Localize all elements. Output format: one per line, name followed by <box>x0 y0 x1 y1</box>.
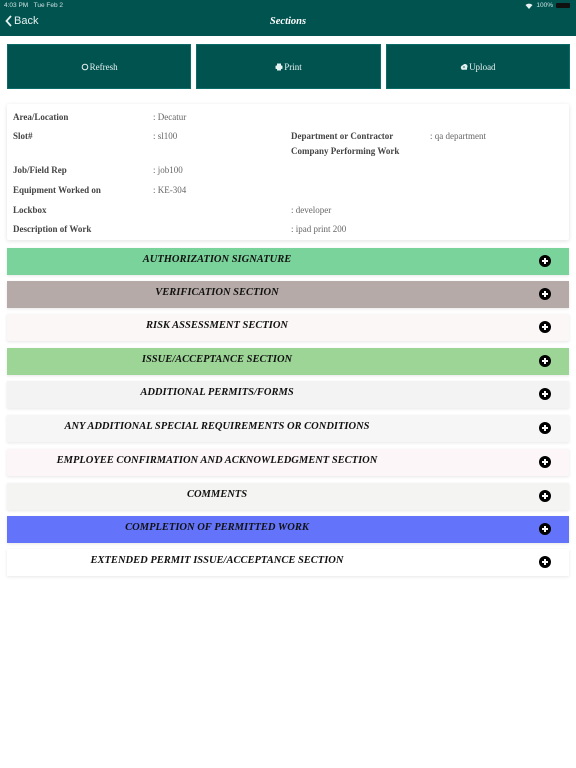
refresh-label: Refresh <box>90 62 118 72</box>
expand-plus-icon[interactable] <box>539 523 551 535</box>
equipment-value: : KE-304 <box>153 185 186 195</box>
expand-plus-icon[interactable] <box>539 355 551 367</box>
section-row[interactable]: VERIFICATION SECTION <box>7 281 569 308</box>
area-location-value: : Decatur <box>153 112 186 122</box>
section-title: COMMENTS <box>7 489 427 500</box>
equipment-label: Equipment Worked on <box>13 185 101 195</box>
section-title: RISK ASSESSMENT SECTION <box>7 320 427 331</box>
section-row[interactable]: COMPLETION OF PERMITTED WORK <box>7 516 569 543</box>
section-row[interactable]: ANY ADDITIONAL SPECIAL REQUIREMENTS OR C… <box>7 415 569 442</box>
expand-plus-icon[interactable] <box>539 456 551 468</box>
expand-plus-icon[interactable] <box>539 422 551 434</box>
section-row[interactable]: EXTENDED PERMIT ISSUE/ACCEPTANCE SECTION <box>7 549 569 576</box>
department-label-line2: Company Performing Work <box>291 146 399 156</box>
expand-plus-icon[interactable] <box>539 288 551 300</box>
section-title: ISSUE/ACCEPTANCE SECTION <box>7 354 427 365</box>
battery-percent: 100% <box>536 2 553 9</box>
area-location-label: Area/Location <box>13 112 68 122</box>
section-title: AUTHORIZATION SIGNATURE <box>7 254 427 265</box>
section-title: EMPLOYEE CONFIRMATION AND ACKNOWLEDGMENT… <box>7 455 427 466</box>
top-bar: 4:03 PM Tue Feb 2 100% Back Sections <box>0 0 576 36</box>
print-button[interactable]: Print <box>196 44 380 89</box>
cloud-upload-icon <box>460 63 468 71</box>
slot-value: : sl100 <box>153 131 177 141</box>
section-row[interactable]: RISK ASSESSMENT SECTION <box>7 314 569 341</box>
print-label: Print <box>284 62 302 72</box>
expand-plus-icon[interactable] <box>539 388 551 400</box>
department-value: : qa department <box>430 131 486 141</box>
description-value: : ipad print 200 <box>291 224 346 234</box>
section-title: EXTENDED PERMIT ISSUE/ACCEPTANCE SECTION <box>7 555 427 566</box>
lockbox-label: Lockbox <box>13 205 47 215</box>
lockbox-value: : developer <box>291 205 331 215</box>
section-title: ADDITIONAL PERMITS/FORMS <box>7 387 427 398</box>
refresh-button[interactable]: Refresh <box>7 44 191 89</box>
nav-bar: Back Sections <box>0 11 576 36</box>
section-row[interactable]: COMMENTS <box>7 483 569 510</box>
section-title: COMPLETION OF PERMITTED WORK <box>7 522 427 533</box>
upload-button[interactable]: Upload <box>386 44 570 89</box>
section-row[interactable]: ISSUE/ACCEPTANCE SECTION <box>7 348 569 375</box>
print-icon <box>275 63 283 71</box>
action-bar: Refresh Print Upload <box>7 44 570 89</box>
department-label-line1: Department or Contractor <box>291 131 393 141</box>
wifi-icon <box>525 3 533 9</box>
upload-label: Upload <box>469 62 496 72</box>
job-field-rep-value: : job100 <box>153 165 183 175</box>
status-bar: 4:03 PM Tue Feb 2 100% <box>0 0 576 11</box>
page-title: Sections <box>0 16 576 27</box>
section-row[interactable]: AUTHORIZATION SIGNATURE <box>7 248 569 275</box>
description-label: Description of Work <box>13 224 91 234</box>
expand-plus-icon[interactable] <box>539 556 551 568</box>
expand-plus-icon[interactable] <box>539 321 551 333</box>
expand-plus-icon[interactable] <box>539 490 551 502</box>
status-time: 4:03 PM Tue Feb 2 <box>4 2 63 9</box>
slot-label: Slot# <box>13 131 33 141</box>
permit-info-card: Area/Location : Decatur Slot# : sl100 De… <box>7 104 569 240</box>
section-title: ANY ADDITIONAL SPECIAL REQUIREMENTS OR C… <box>7 421 427 432</box>
expand-plus-icon[interactable] <box>539 255 551 267</box>
section-row[interactable]: ADDITIONAL PERMITS/FORMS <box>7 381 569 408</box>
job-field-rep-label: Job/Field Rep <box>13 165 67 175</box>
section-title: VERIFICATION SECTION <box>7 287 427 298</box>
refresh-icon <box>81 63 89 71</box>
battery-icon <box>556 3 570 8</box>
section-row[interactable]: EMPLOYEE CONFIRMATION AND ACKNOWLEDGMENT… <box>7 449 569 476</box>
